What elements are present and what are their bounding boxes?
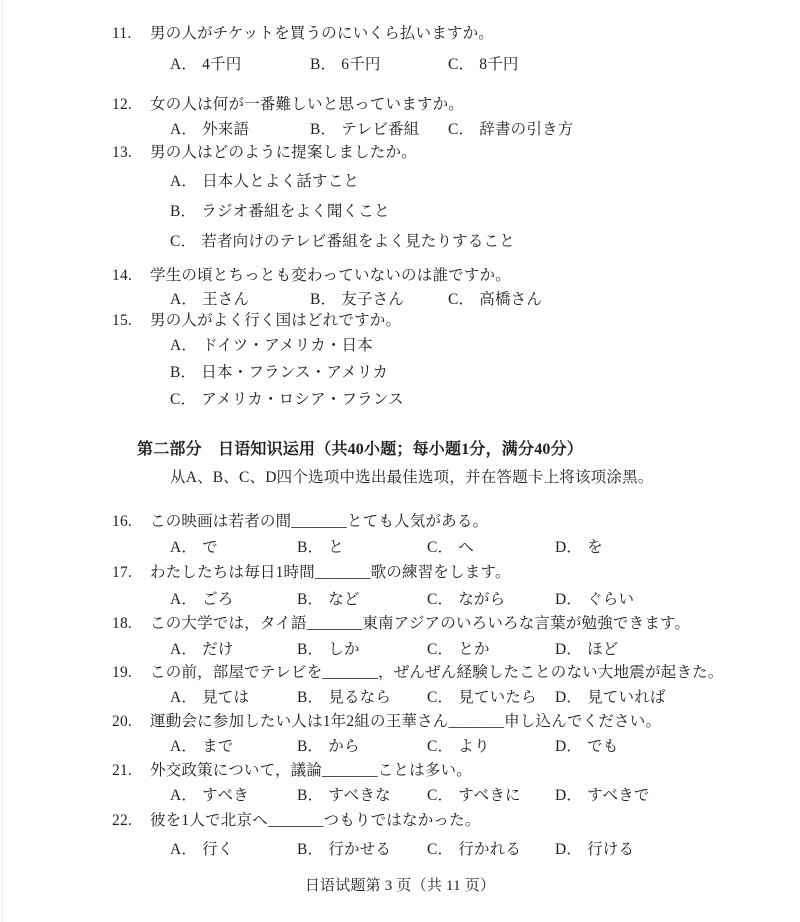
option-text: 行く xyxy=(202,841,233,858)
option-c: C．辞書の引き方 xyxy=(448,120,573,140)
question-text: 男の人がよく行く国はどれですか。 xyxy=(150,311,800,331)
question-text: 男の人がチケットを買うのにいくら払いますか。 xyxy=(150,24,800,44)
option-a: A．ごろ xyxy=(170,590,297,610)
option-label: C． xyxy=(427,539,453,556)
option-text: 4千円 xyxy=(202,56,241,73)
question-17-options: A．ごろ B．など C．ながら D．ぐらい xyxy=(0,590,800,610)
option-text: しか xyxy=(328,641,359,658)
option-label: D． xyxy=(555,841,582,858)
option-label: A． xyxy=(170,291,197,308)
option-label: C． xyxy=(427,641,453,658)
option-text: 王さん xyxy=(202,291,249,308)
option-b: B．と xyxy=(297,538,427,558)
question-16-options: A．で B．と C．へ D．を xyxy=(0,538,800,558)
option-a: A．ドイツ・アメリカ・日本 xyxy=(170,337,373,354)
option-b: B．しか xyxy=(297,640,427,660)
question-text: この前，部屋でテレビを_______，ぜんぜん経験したことのない大地震が起きた。 xyxy=(150,663,800,683)
option-label: C． xyxy=(427,689,453,706)
option-text: で xyxy=(202,539,218,556)
option-text: 若者向けのテレビ番組をよく見たりすること xyxy=(201,233,515,250)
question-text: わたしたちは毎日1時間_______歌の練習をします。 xyxy=(150,563,800,583)
option-a: A．行く xyxy=(170,840,297,860)
option-text: でも xyxy=(587,738,618,755)
option-label: C． xyxy=(427,591,453,608)
option-c: C．見ていたら xyxy=(427,688,555,708)
option-b: B．から xyxy=(297,737,427,757)
question-20-options: A．まで B．から C．より D．でも xyxy=(0,737,800,757)
option-a: A．4千円 xyxy=(170,55,310,75)
option-b: B．テレビ番組 xyxy=(310,120,448,140)
question-text: この大学では，タイ語_______東南アジアのいろいろな言葉が勉強できます。 xyxy=(150,614,800,634)
option-label: C． xyxy=(170,233,196,250)
option-label: B． xyxy=(297,689,323,706)
option-a: A．見ては xyxy=(170,688,297,708)
option-text: すべきに xyxy=(458,787,521,804)
question-text: この映画は若者の間_______とても人気がある。 xyxy=(150,512,800,532)
option-label: C． xyxy=(448,56,474,73)
option-text: ドイツ・アメリカ・日本 xyxy=(202,337,373,354)
option-label: B． xyxy=(310,291,336,308)
option-c: C．高橋さん xyxy=(448,290,542,310)
grammar-section: 16. この映画は若者の間_______とても人気がある。 A．で B．と C．… xyxy=(0,512,800,860)
option-text: から xyxy=(328,738,359,755)
option-d: D．でも xyxy=(555,737,619,757)
question-13-option-a: A．日本人とよく話すこと xyxy=(0,172,800,192)
option-text: アメリカ・ロシア・フランス xyxy=(201,391,404,408)
option-text: 8千円 xyxy=(479,56,518,73)
option-label: C． xyxy=(427,841,453,858)
option-d: D．を xyxy=(555,538,603,558)
option-d: D．ほど xyxy=(555,640,619,660)
option-label: B． xyxy=(170,364,196,381)
option-text: ラジオ番組をよく聞くこと xyxy=(201,203,389,220)
option-label: A． xyxy=(170,787,197,804)
option-c: C．アメリカ・ロシア・フランス xyxy=(170,391,404,408)
question-15: 15. 男の人がよく行く国はどれですか。 xyxy=(0,311,800,331)
option-b: B．行かせる xyxy=(297,840,427,860)
option-label: A． xyxy=(170,121,197,138)
option-b: B．ラジオ番組をよく聞くこと xyxy=(170,203,390,220)
option-text: だけ xyxy=(202,641,233,658)
question-number: 14. xyxy=(112,266,150,286)
option-label: B． xyxy=(310,56,336,73)
question-number: 17. xyxy=(112,563,150,583)
question-21-options: A．すべき B．すべきな C．すべきに D．すべきで xyxy=(0,786,800,806)
option-label: C． xyxy=(448,121,474,138)
question-number: 19. xyxy=(112,663,150,683)
option-c: C．若者向けのテレビ番組をよく見たりすること xyxy=(170,233,515,250)
question-number: 22. xyxy=(112,811,150,831)
option-d: D．行ける xyxy=(555,840,634,860)
option-text: すべきな xyxy=(328,787,391,804)
option-c: C．より xyxy=(427,737,555,757)
option-label: B． xyxy=(297,641,323,658)
option-label: D． xyxy=(555,787,582,804)
question-text: 運動会に参加したい人は1年2組の王華さん_______申し込んでください。 xyxy=(150,712,800,732)
scan-edge-line xyxy=(2,0,3,922)
question-15-option-a: A．ドイツ・アメリカ・日本 xyxy=(0,336,800,356)
option-text: 辞書の引き方 xyxy=(479,121,573,138)
option-label: B． xyxy=(170,203,196,220)
option-label: C． xyxy=(170,391,196,408)
option-label: A． xyxy=(170,539,197,556)
option-a: A．日本人とよく話すこと xyxy=(170,173,359,190)
option-d: D．見ていれば xyxy=(555,688,666,708)
option-label: D． xyxy=(555,738,582,755)
question-14-options: A．王さん B．友子さん C．高橋さん xyxy=(0,290,800,310)
question-21: 21. 外交政策について，議論_______ことは多い。 xyxy=(0,761,800,781)
question-number: 12. xyxy=(112,95,150,115)
option-text: など xyxy=(328,591,359,608)
option-text: 見ては xyxy=(202,689,249,706)
option-c: C．行かれる xyxy=(427,840,555,860)
option-text: 行かせる xyxy=(328,841,391,858)
option-label: A． xyxy=(170,591,197,608)
option-label: B． xyxy=(297,539,323,556)
question-number: 18. xyxy=(112,614,150,634)
option-label: B． xyxy=(297,738,323,755)
option-text: 友子さん xyxy=(341,291,404,308)
option-c: C．とか xyxy=(427,640,555,660)
option-label: D． xyxy=(555,539,582,556)
option-a: A．だけ xyxy=(170,640,297,660)
option-b: B．6千円 xyxy=(310,55,448,75)
option-label: A． xyxy=(170,738,197,755)
option-label: A． xyxy=(170,641,197,658)
option-text: と xyxy=(328,539,344,556)
question-20: 20. 運動会に参加したい人は1年2組の王華さん_______申し込んでください… xyxy=(0,712,800,732)
option-c: C．8千円 xyxy=(448,55,519,75)
question-text: 男の人はどのように提案しましたか。 xyxy=(150,143,800,163)
option-a: A．外来語 xyxy=(170,120,310,140)
question-15-option-c: C．アメリカ・ロシア・フランス xyxy=(0,390,800,410)
question-number: 11. xyxy=(112,24,150,44)
page-footer: 日语试题第 3 页（共 11 页） xyxy=(0,876,800,896)
option-label: D． xyxy=(555,689,582,706)
option-label: A． xyxy=(170,689,197,706)
question-13-option-c: C．若者向けのテレビ番組をよく見たりすること xyxy=(0,232,800,252)
option-label: A． xyxy=(170,337,197,354)
question-text: 学生の頃とちっとも変わっていないのは誰ですか。 xyxy=(150,266,800,286)
question-19-options: A．見ては B．見るなら C．見ていたら D．見ていれば xyxy=(0,688,800,708)
option-b: B．日本・フランス・アメリカ xyxy=(170,364,388,381)
option-text: ごろ xyxy=(202,591,233,608)
section-instruction: 从A、B、C、D四个选项中选出最佳选项，并在答题卡上将该项涂黑。 xyxy=(0,468,800,488)
option-label: B． xyxy=(297,787,323,804)
option-a: A．まで xyxy=(170,737,297,757)
option-a: A．王さん xyxy=(170,290,310,310)
section-title: 第二部分 日语知识运用（共40小题；每小题1分，满分40分） xyxy=(0,440,800,460)
question-19: 19. この前，部屋でテレビを_______，ぜんぜん経験したことのない大地震が… xyxy=(0,663,800,683)
question-number: 20. xyxy=(112,712,150,732)
option-a: A．で xyxy=(170,538,297,558)
question-text: 外交政策について，議論_______ことは多い。 xyxy=(150,761,800,781)
question-text: 女の人は何が一番難しいと思っていますか。 xyxy=(150,95,800,115)
option-label: B． xyxy=(297,841,323,858)
question-17: 17. わたしたちは毎日1時間_______歌の練習をします。 xyxy=(0,563,800,583)
option-text: 見ていたら xyxy=(458,689,537,706)
option-label: B． xyxy=(310,121,336,138)
option-text: 見ていれば xyxy=(587,689,666,706)
option-text: 6千円 xyxy=(341,56,380,73)
option-label: C． xyxy=(427,787,453,804)
question-number: 15. xyxy=(112,311,150,331)
option-text: 行かれる xyxy=(458,841,521,858)
option-c: C．すべきに xyxy=(427,786,555,806)
question-number: 21. xyxy=(112,761,150,781)
exam-page: 11. 男の人がチケットを買うのにいくら払いますか。 A．4千円 B．6千円 C… xyxy=(0,0,800,922)
question-14: 14. 学生の頃とちっとも変わっていないのは誰ですか。 xyxy=(0,266,800,286)
option-text: すべきで xyxy=(587,787,650,804)
option-text: まで xyxy=(202,738,233,755)
option-text: 外来語 xyxy=(202,121,249,138)
option-text: 日本人とよく話すこと xyxy=(202,173,359,190)
question-12: 12. 女の人は何が一番難しいと思っていますか。 xyxy=(0,95,800,115)
question-11-options: A．4千円 B．6千円 C．8千円 xyxy=(0,55,800,75)
option-label: C． xyxy=(448,291,474,308)
question-number: 13. xyxy=(112,143,150,163)
question-15-option-b: B．日本・フランス・アメリカ xyxy=(0,363,800,383)
option-text: すべき xyxy=(202,787,249,804)
option-b: B．友子さん xyxy=(310,290,448,310)
option-label: A． xyxy=(170,173,197,190)
option-b: B．見るなら xyxy=(297,688,427,708)
listening-section: 11. 男の人がチケットを買うのにいくら払いますか。 A．4千円 B．6千円 C… xyxy=(0,24,800,410)
option-text: より xyxy=(458,738,489,755)
question-18-options: A．だけ B．しか C．とか D．ほど xyxy=(0,640,800,660)
option-text: ながら xyxy=(458,591,505,608)
option-text: 行ける xyxy=(587,841,634,858)
question-22-options: A．行く B．行かせる C．行かれる D．行ける xyxy=(0,840,800,860)
option-text: 日本・フランス・アメリカ xyxy=(201,364,388,381)
option-b: B．など xyxy=(297,590,427,610)
question-11: 11. 男の人がチケットを買うのにいくら払いますか。 xyxy=(0,24,800,44)
option-text: テレビ番組 xyxy=(341,121,419,138)
option-label: A． xyxy=(170,56,197,73)
option-text: 高橋さん xyxy=(479,291,542,308)
option-text: を xyxy=(587,539,603,556)
option-a: A．すべき xyxy=(170,786,297,806)
question-text: 彼を1人で北京へ_______つもりではなかった。 xyxy=(150,811,800,831)
question-16: 16. この映画は若者の間_______とても人気がある。 xyxy=(0,512,800,532)
option-d: D．すべきで xyxy=(555,786,650,806)
question-13: 13. 男の人はどのように提案しましたか。 xyxy=(0,143,800,163)
option-label: B． xyxy=(297,591,323,608)
option-text: 見るなら xyxy=(328,689,391,706)
option-label: D． xyxy=(555,591,582,608)
question-18: 18. この大学では，タイ語_______東南アジアのいろいろな言葉が勉強できま… xyxy=(0,614,800,634)
option-text: とか xyxy=(458,641,489,658)
question-13-option-b: B．ラジオ番組をよく聞くこと xyxy=(0,202,800,222)
option-label: D． xyxy=(555,641,582,658)
question-22: 22. 彼を1人で北京へ_______つもりではなかった。 xyxy=(0,811,800,831)
option-d: D．ぐらい xyxy=(555,590,634,610)
question-number: 16. xyxy=(112,512,150,532)
option-text: ほど xyxy=(587,641,618,658)
question-12-options: A．外来語 B．テレビ番組 C．辞書の引き方 xyxy=(0,120,800,140)
option-label: C． xyxy=(427,738,453,755)
option-label: A． xyxy=(170,841,197,858)
option-text: へ xyxy=(458,539,474,556)
option-c: C．ながら xyxy=(427,590,555,610)
option-b: B．すべきな xyxy=(297,786,427,806)
option-c: C．へ xyxy=(427,538,555,558)
option-text: ぐらい xyxy=(587,591,634,608)
